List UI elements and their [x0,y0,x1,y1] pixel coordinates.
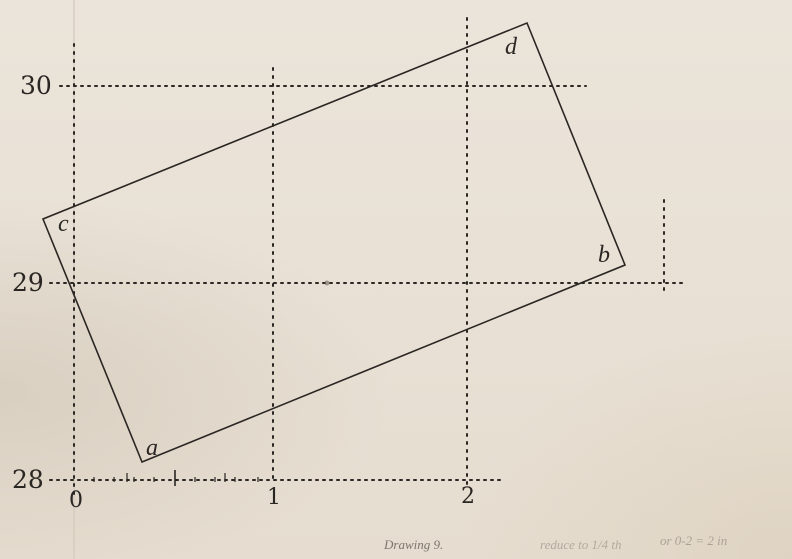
vertex-label-b: b [598,243,610,267]
y-label-30: 30 [20,73,52,98]
center-mark [325,281,330,286]
pencil-note-reduce: reduce to 1/4 th [540,538,621,551]
horizontal-grid-lines [50,86,682,480]
y-label-29: 29 [12,270,44,295]
vertical-grid-lines [74,18,664,500]
vertex-label-c: c [58,212,69,236]
y-label-28: 28 [12,467,44,492]
x-label-0: 0 [69,490,83,512]
geometric-drawing [0,0,792,559]
vertex-label-a: a [146,436,158,460]
baseline-scale-ticks [94,470,258,486]
rectangle-abdc [43,23,625,462]
vertex-label-d: d [505,35,517,59]
drawing-title: Drawing 9. [384,538,443,551]
pencil-note-scale: or 0-2 = 2 in [660,534,727,547]
x-label-2: 2 [461,486,475,508]
x-label-1: 1 [267,487,281,509]
